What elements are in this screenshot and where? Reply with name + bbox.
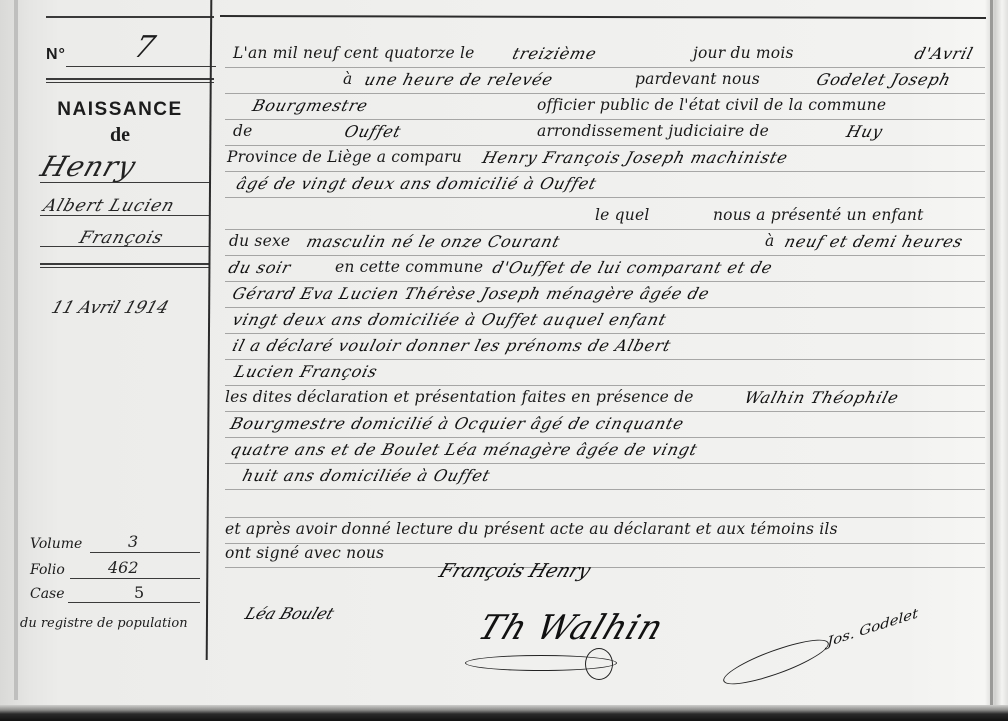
- ruled-line: [225, 171, 985, 172]
- handwritten-text: du soir: [226, 258, 293, 277]
- ruled-line: [225, 281, 985, 282]
- margin-top-rule: [46, 16, 214, 18]
- handwritten-text: il a déclaré vouloir donner les prénoms …: [230, 336, 673, 355]
- printed-text: du sexe: [229, 232, 290, 250]
- handwritten-text: une heure de relevée: [362, 70, 555, 89]
- register-case-row: Case 5: [30, 586, 65, 602]
- handwritten-text: Ouffet: [342, 122, 403, 141]
- folio-rule: [70, 578, 200, 579]
- volume-rule: [90, 552, 200, 553]
- text-line: Gérard Eva Lucien Thérèse Joseph ménagèr…: [225, 284, 985, 310]
- text-line: deOuffetarrondissement judiciaire deHuy: [225, 122, 985, 148]
- binding-shadow: [14, 0, 18, 700]
- handwritten-text: treizième: [510, 44, 599, 63]
- handwritten-text: Walhin Théophile: [742, 388, 901, 407]
- register-footer: du registre de population: [20, 616, 188, 631]
- ruled-line: [225, 359, 985, 360]
- printed-text: Province de Liège a comparu: [227, 148, 462, 166]
- text-line: Bourgmestreofficier public de l'état civ…: [225, 96, 985, 122]
- text-line: L'an mil neuf cent quatorze letreizièmej…: [225, 44, 985, 70]
- printed-text: et après avoir donné lecture du présent …: [225, 520, 838, 538]
- margin-column: N° 7 NAISSANCE de Henry Albert Lucien Fr…: [30, 0, 210, 700]
- child-given-names-1: Albert Lucien: [41, 196, 178, 216]
- ruled-line: [225, 93, 985, 94]
- ruled-line: [225, 567, 985, 568]
- double-rule-d: [40, 267, 210, 268]
- text-line: àune heure de relevéepardevant nousGodel…: [225, 70, 985, 96]
- volume-label: Volume: [30, 536, 82, 552]
- signature-flourish-2: [585, 648, 613, 680]
- printed-text: L'an mil neuf cent quatorze le: [233, 44, 475, 62]
- page-fold: [990, 0, 993, 715]
- ruled-line: [225, 411, 985, 412]
- text-line: Bourgmestre domicilié à Ocquier âgé de c…: [225, 414, 985, 440]
- handwritten-text: âgé de vingt deux ans domicilié à Ouffet: [234, 174, 599, 193]
- child-given-names-2: François: [77, 228, 166, 248]
- ruled-line: [225, 517, 985, 518]
- case-label: Case: [30, 586, 65, 602]
- ruled-line: [225, 307, 985, 308]
- ruled-line: [225, 67, 985, 68]
- printed-text: pardevant nous: [635, 70, 760, 88]
- printed-text: officier public de l'état civil de la co…: [537, 96, 886, 114]
- double-rule-c: [40, 263, 210, 265]
- signature-declarant: François Henry: [436, 560, 594, 582]
- text-line: Province de Liège a comparuHenry Françoi…: [225, 148, 985, 174]
- register-folio-row: Folio 462: [30, 562, 65, 578]
- folio-value: 462: [108, 558, 139, 577]
- handwritten-text: masculin né le onze Courant: [304, 232, 562, 251]
- text-line: huit ans domiciliée à Ouffet: [225, 466, 985, 492]
- entry-number-label: N°: [46, 46, 66, 64]
- register-page: N° 7 NAISSANCE de Henry Albert Lucien Fr…: [0, 0, 1008, 721]
- ruled-line: [225, 229, 985, 230]
- register-volume-row: Volume 3: [30, 536, 82, 552]
- case-value: 5: [134, 583, 144, 602]
- handwritten-text: Bourgmestre domicilié à Ocquier âgé de c…: [228, 414, 686, 433]
- text-line: il a déclaré vouloir donner les prénoms …: [225, 336, 985, 362]
- text-line: du sexemasculin né le onze Courantàneuf …: [225, 232, 985, 258]
- number-rule: [66, 66, 216, 67]
- printed-text: nous a présenté un enfant: [713, 206, 924, 224]
- ruled-line: [225, 489, 985, 490]
- ruled-line: [225, 437, 985, 438]
- section-heading-de: de: [30, 124, 210, 147]
- printed-text: le quel: [595, 206, 650, 224]
- printed-text: les dites déclaration et présentation fa…: [225, 388, 694, 406]
- handwritten-text: Henry François Joseph machiniste: [480, 148, 790, 167]
- page-bottom-edge: [0, 705, 1008, 721]
- birth-date-margin: 11 Avril 1914: [49, 298, 171, 318]
- entry-number-value: 7: [130, 30, 158, 65]
- text-line: Lucien François: [225, 362, 985, 388]
- text-line: vingt deux ans domiciliée à Ouffet auque…: [225, 310, 985, 336]
- text-line: [225, 494, 985, 520]
- printed-text: arrondissement judiciaire de: [537, 122, 769, 140]
- text-line: le quelnous a présenté un enfant: [225, 206, 985, 232]
- section-heading: NAISSANCE: [30, 99, 210, 121]
- ruled-line: [225, 255, 985, 256]
- printed-text: ont signé avec nous: [225, 544, 384, 562]
- handwritten-text: vingt deux ans domiciliée à Ouffet auque…: [230, 310, 668, 329]
- handwritten-text: Gérard Eva Lucien Thérèse Joseph ménagèr…: [230, 284, 712, 303]
- ruled-line: [225, 463, 985, 464]
- handwritten-text: neuf et demi heures: [782, 232, 965, 251]
- text-line: quatre ans et de Boulet Léa ménagère âgé…: [225, 440, 985, 466]
- handwritten-text: d'Avril: [912, 44, 975, 63]
- handwritten-text: quatre ans et de Boulet Léa ménagère âgé…: [228, 440, 699, 459]
- volume-value: 3: [128, 532, 138, 551]
- handwritten-text: Lucien François: [232, 362, 379, 381]
- given-rule-1: [40, 215, 210, 216]
- signature-witness-1: Léa Boulet: [243, 604, 337, 623]
- ruled-line: [225, 197, 985, 198]
- handwritten-text: Bourgmestre: [250, 96, 370, 115]
- text-line: du soiren cette communed'Ouffet de lui c…: [225, 258, 985, 284]
- text-line: et après avoir donné lecture du présent …: [225, 520, 985, 546]
- printed-text: de: [233, 122, 253, 140]
- text-line: âgé de vingt deux ans domicilié à Ouffet: [225, 174, 985, 200]
- child-surname: Henry: [37, 150, 141, 183]
- given-rule-2: [40, 246, 210, 247]
- handwritten-text: Huy: [844, 122, 885, 141]
- folio-label: Folio: [30, 562, 65, 578]
- text-line: ont signé avec nous: [225, 544, 985, 570]
- text-line: les dites déclaration et présentation fa…: [225, 388, 985, 414]
- handwritten-text: d'Ouffet de lui comparant et de: [490, 258, 774, 277]
- case-rule: [68, 602, 200, 603]
- handwritten-text: huit ans domiciliée à Ouffet: [240, 466, 492, 485]
- ruled-line: [225, 119, 985, 120]
- printed-text: à: [765, 232, 774, 250]
- signature-witness-2: Th Walhin: [473, 608, 670, 648]
- surname-rule: [40, 182, 210, 183]
- printed-text: à: [343, 70, 352, 88]
- ruled-line: [225, 385, 985, 386]
- ruled-line: [225, 145, 985, 146]
- printed-text: en cette commune: [335, 258, 483, 276]
- double-rule-a: [46, 78, 214, 80]
- double-rule-b: [46, 82, 214, 83]
- printed-text: jour du mois: [693, 44, 794, 62]
- handwritten-text: Godelet Joseph: [814, 70, 953, 89]
- entry-body: L'an mil neuf cent quatorze letreizièmej…: [225, 0, 990, 700]
- ruled-line: [225, 333, 985, 334]
